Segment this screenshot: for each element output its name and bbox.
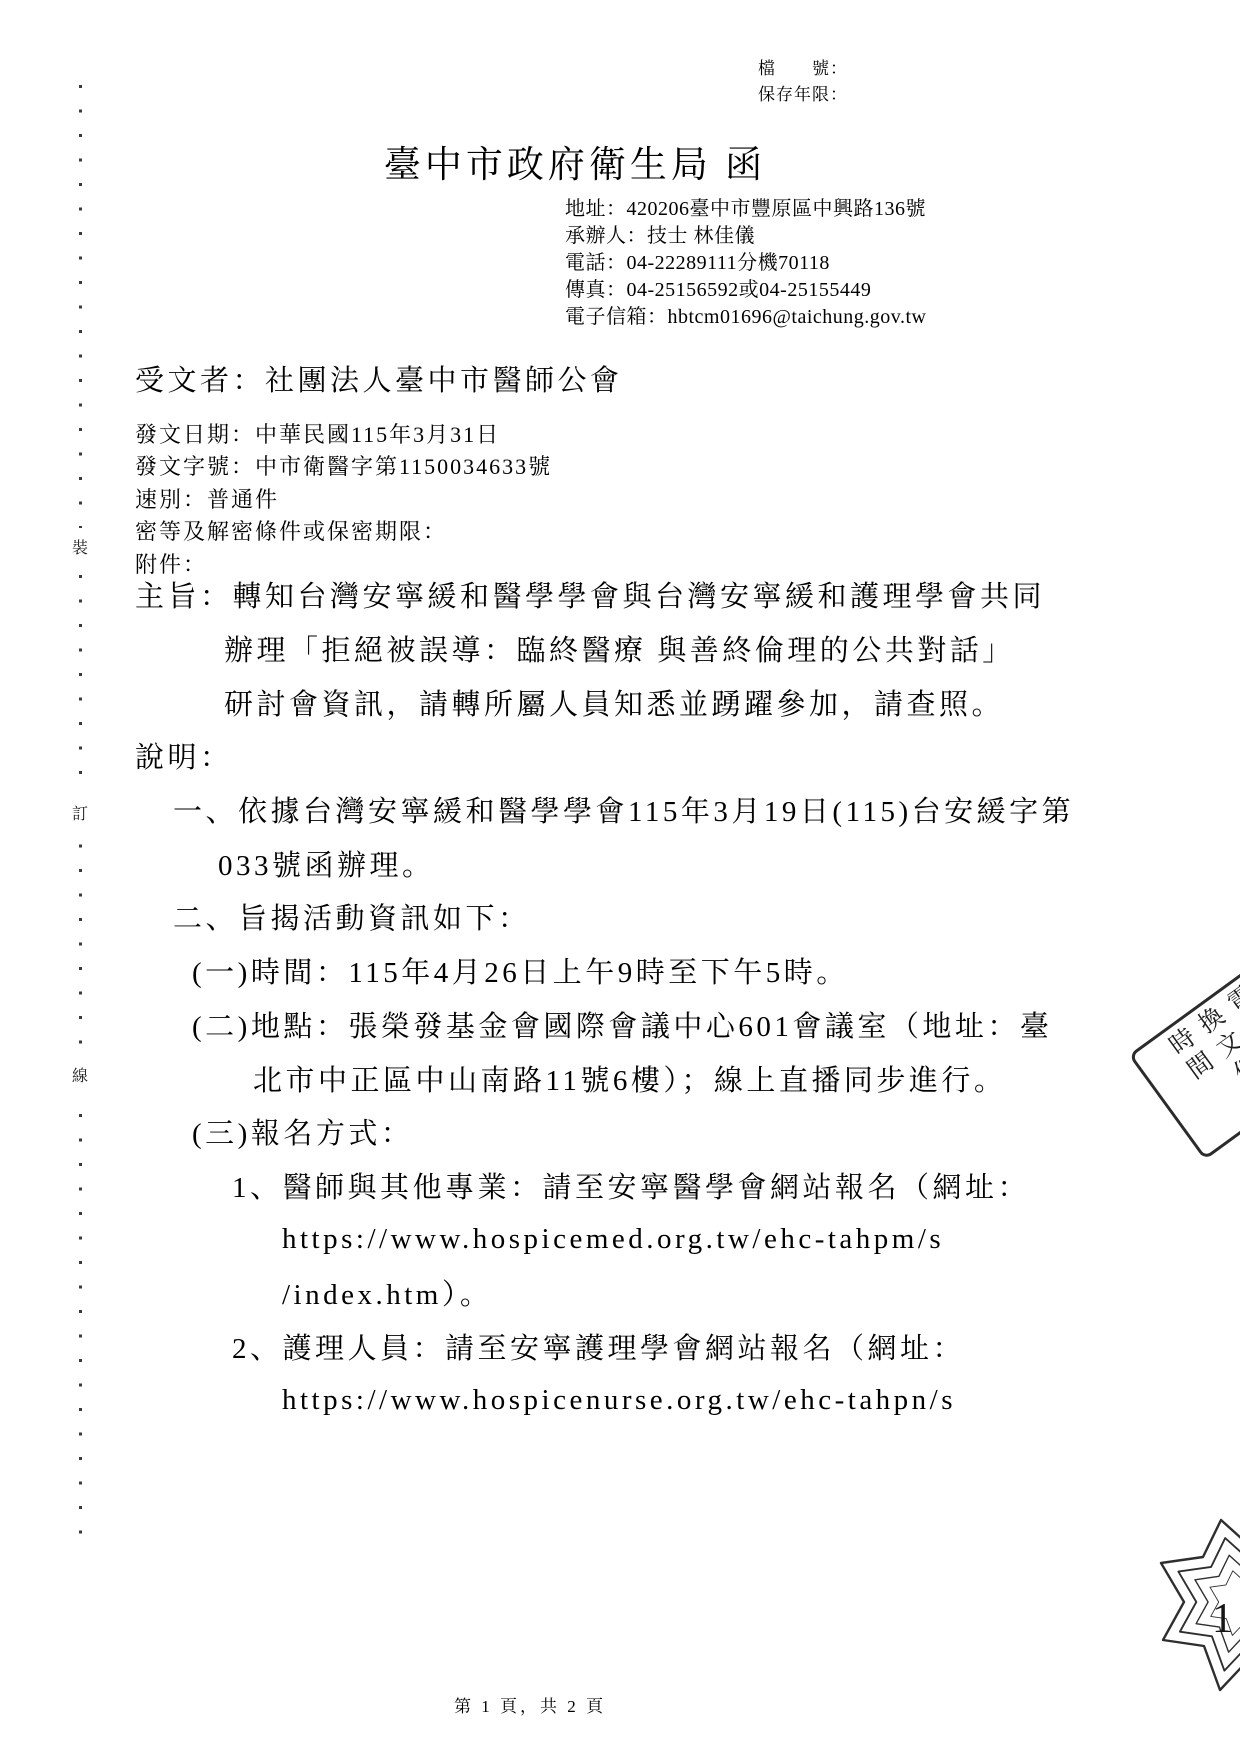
meta-line: 發文字號：中市衛醫字第1150034633號 xyxy=(135,451,552,483)
body-line: https://www.hospicemed.org.tw/ehc-tahpm/… xyxy=(135,1212,1074,1266)
body-line: (一)時間：115年4月26日上午9時至下午5時。 xyxy=(135,944,1074,998)
document-title: 臺中市政府衛生局 函 xyxy=(0,134,1150,188)
contact-line: 傳真：04-25156592或04-25155449 xyxy=(565,277,926,304)
recipient-line: 受文者：社團法人臺中市醫師公會 xyxy=(135,358,623,399)
meta-line: 密等及解密條件或保密期限： xyxy=(135,516,552,548)
body-line: 一、依據台灣安寧緩和醫學學會115年3月19日(115)台安緩字第 xyxy=(135,783,1074,837)
page-seal-stamp: 1 xyxy=(1150,1510,1240,1696)
body-line: /index.htm）。 xyxy=(135,1266,1074,1320)
contact-line: 承辦人：技士 林佳儀 xyxy=(565,223,926,250)
dispatch-meta-block: 發文日期：中華民國115年3月31日發文字號：中市衛醫字第1150034633號… xyxy=(135,419,552,581)
contact-line: 地址：420206臺中市豐原區中興路136號 xyxy=(565,196,926,223)
body-line: 二、旨揭活動資訊如下： xyxy=(135,890,1074,944)
binding-mark-xian: 線 xyxy=(68,1056,92,1093)
body-line: 辦理「拒絕被誤導：臨終醫療 與善終倫理的公共對話」 xyxy=(135,622,1074,676)
page-seal-number: 1 xyxy=(1212,1596,1233,1642)
electronic-exchange-stamp: 電子交換文件時間 xyxy=(1128,966,1240,1161)
file-number-block: 檔 號： 保存年限： xyxy=(758,56,848,108)
body-line: 說明： xyxy=(135,729,1074,783)
body-line: https://www.hospicenurse.org.tw/ehc-tahp… xyxy=(135,1373,1074,1427)
binding-mark-ding: 訂 xyxy=(68,794,92,831)
binding-mark-zhuang: 裝 xyxy=(68,528,92,565)
contact-info-block: 地址：420206臺中市豐原區中興路136號承辦人：技士 林佳儀電話：04-22… xyxy=(565,196,926,331)
body-line: 033號函辦理。 xyxy=(135,836,1074,890)
body-line: 2、護理人員：請至安寧護理學會網站報名（網址： xyxy=(135,1320,1074,1374)
page-footer: 第 1 頁，共 2 頁 xyxy=(0,1692,1060,1717)
retention-period-label: 保存年限： xyxy=(758,82,848,108)
body-line: (二)地點：張榮發基金會國際會議中心601會議室（地址：臺 xyxy=(135,998,1074,1052)
document-page: 檔 號： 保存年限： 臺中市政府衛生局 函 地址：420206臺中市豐原區中興路… xyxy=(0,0,1240,1754)
contact-line: 電子信箱：hbtcm01696@taichung.gov.tw xyxy=(565,304,926,331)
letter-body: 主旨：轉知台灣安寧緩和醫學學會與台灣安寧緩和護理學會共同辦理「拒絕被誤導：臨終醫… xyxy=(135,568,1074,1427)
contact-line: 電話：04-22289111分機70118 xyxy=(565,250,926,277)
file-number-label: 檔 號： xyxy=(758,56,848,82)
body-line: 主旨：轉知台灣安寧緩和醫學學會與台灣安寧緩和護理學會共同 xyxy=(135,568,1074,622)
meta-line: 發文日期：中華民國115年3月31日 xyxy=(135,419,552,451)
meta-line: 速別：普通件 xyxy=(135,484,552,516)
body-line: 北市中正區中山南路11號6樓）；線上直播同步進行。 xyxy=(135,1051,1074,1105)
body-line: (三)報名方式： xyxy=(135,1105,1074,1159)
body-line: 研討會資訊，請轉所屬人員知悉並踴躍參加，請查照。 xyxy=(135,675,1074,729)
body-line: 1、醫師與其他專業：請至安寧醫學會網站報名（網址： xyxy=(135,1159,1074,1213)
